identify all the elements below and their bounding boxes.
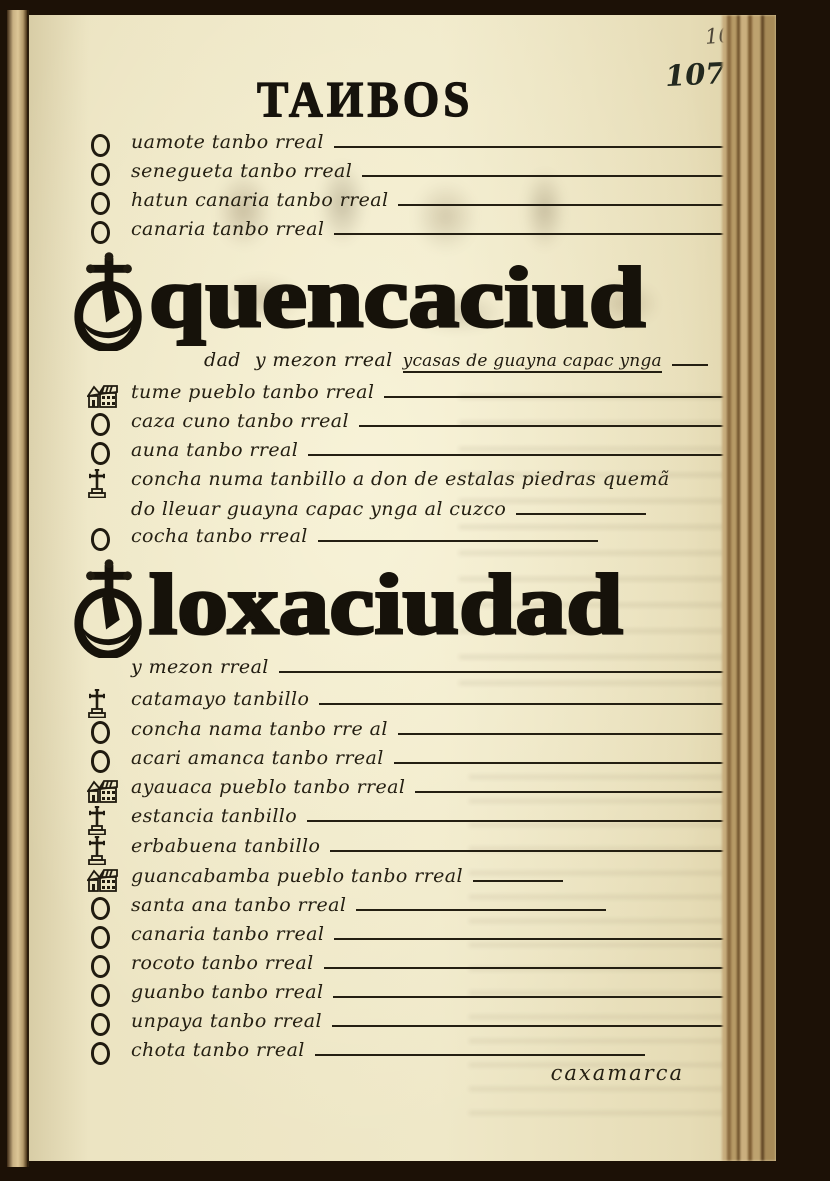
ruled-line bbox=[516, 513, 646, 515]
ruled-line bbox=[334, 233, 728, 235]
ruled-line bbox=[330, 850, 728, 852]
tanbillo-cross-icon bbox=[87, 468, 131, 498]
heading-quenca-ciudad: quencaciud bbox=[69, 249, 776, 349]
list-item: caza cuno tanbo rreal bbox=[87, 410, 742, 439]
pueblo-icon bbox=[87, 778, 131, 803]
tambo-circle-icon bbox=[87, 163, 131, 186]
ruled-line bbox=[319, 703, 728, 705]
ruled-line bbox=[394, 762, 728, 764]
book-page-stack-edge bbox=[722, 15, 776, 1161]
entry-text: guancabamba pueblo tanbo rreal bbox=[131, 865, 463, 887]
catchword-caxamarca: caxamarca bbox=[551, 1061, 684, 1085]
tambo-circle-icon bbox=[87, 750, 131, 773]
entry-text: hatun canaria tanbo rreal bbox=[131, 189, 388, 211]
entry-text: senegueta tanbo rreal bbox=[131, 160, 352, 182]
heading-loxa-subline: y mezon rreal bbox=[131, 656, 742, 684]
tambo-circle-icon bbox=[87, 721, 131, 744]
ruled-line bbox=[398, 733, 728, 735]
tambo-circle-icon bbox=[87, 897, 131, 920]
ruled-line bbox=[307, 820, 728, 822]
ruled-line bbox=[334, 146, 728, 148]
list-item: canaria tanbo rreal bbox=[87, 218, 742, 247]
tambo-circle-icon bbox=[87, 413, 131, 436]
ruled-line bbox=[332, 1025, 728, 1027]
entry-text: do lleuar guayna capac ynga al cuzco bbox=[131, 498, 506, 520]
list-item-continuation: do lleuar guayna capac ynga al cuzco bbox=[87, 498, 742, 525]
entry-text: chota tanbo rreal bbox=[131, 1039, 305, 1061]
ruled-line bbox=[362, 175, 728, 177]
entry-text: tume pueblo tanbo rreal bbox=[131, 381, 374, 403]
tambo-circle-icon bbox=[87, 192, 131, 215]
entry-text: guanbo tanbo rreal bbox=[131, 981, 323, 1003]
entry-text: uamote tanbo rreal bbox=[131, 131, 324, 153]
ruled-line bbox=[356, 909, 606, 911]
list-item: concha numa tanbillo a don de estalas pi… bbox=[87, 468, 742, 498]
list-item: santa ana tanbo rreal bbox=[87, 894, 742, 923]
tambo-circle-icon bbox=[87, 442, 131, 465]
list-item: uamote tanbo rreal bbox=[87, 131, 742, 160]
ruled-line bbox=[359, 425, 728, 427]
ruled-line bbox=[324, 967, 728, 969]
tambo-circle-icon bbox=[87, 1042, 131, 1065]
tambo-list-loxa: catamayo tanbillo concha nama tanbo rre … bbox=[87, 688, 742, 1068]
entry-text: canaria tanbo rreal bbox=[131, 923, 324, 945]
city-orb-cross-icon bbox=[69, 251, 149, 355]
list-item: auna tanbo rreal bbox=[87, 439, 742, 468]
ruled-line bbox=[279, 671, 728, 673]
ruled-line bbox=[384, 396, 728, 398]
tambo-list-quenca: tume pueblo tanbo rreal caza cuno tanbo … bbox=[87, 381, 742, 554]
list-item: ayauaca pueblo tanbo rreal bbox=[87, 776, 742, 805]
entry-text: estancia tanbillo bbox=[131, 805, 297, 827]
pueblo-icon bbox=[87, 383, 131, 408]
tanbillo-cross-icon bbox=[87, 688, 131, 718]
entry-text: concha numa tanbillo a don de estalas pi… bbox=[131, 468, 670, 490]
list-item: estancia tanbillo bbox=[87, 805, 742, 835]
list-item: rocoto tanbo rreal bbox=[87, 952, 742, 981]
list-item: guanbo tanbo rreal bbox=[87, 981, 742, 1010]
ruled-line bbox=[398, 204, 728, 206]
list-item: tume pueblo tanbo rreal bbox=[87, 381, 742, 410]
entry-text: acari amanca tanbo rreal bbox=[131, 747, 384, 769]
tambo-circle-icon bbox=[87, 926, 131, 949]
ruled-line bbox=[334, 938, 728, 940]
ruled-line bbox=[315, 1054, 645, 1056]
list-item: cocha tanbo rreal bbox=[87, 525, 742, 554]
book-binding-edge bbox=[7, 10, 29, 1167]
entry-text: auna tanbo rreal bbox=[131, 439, 298, 461]
entry-text: santa ana tanbo rreal bbox=[131, 894, 346, 916]
ruled-line bbox=[415, 791, 728, 793]
entry-text: unpaya tanbo rreal bbox=[131, 1010, 322, 1032]
entry-text: ayauaca pueblo tanbo rreal bbox=[131, 776, 405, 798]
entry-text: catamayo tanbillo bbox=[131, 688, 309, 710]
ruled-line bbox=[333, 996, 728, 998]
tambo-circle-icon bbox=[87, 984, 131, 1007]
entry-text: erbabuena tanbillo bbox=[131, 835, 320, 857]
tanbillo-cross-icon bbox=[87, 835, 131, 865]
list-item: concha nama tanbo rre al bbox=[87, 718, 742, 747]
tambo-circle-icon bbox=[87, 1013, 131, 1036]
list-item: canaria tanbo rreal bbox=[87, 923, 742, 952]
list-item: catamayo tanbillo bbox=[87, 688, 742, 718]
heading-loxa-ciudad: loxaciudad bbox=[69, 556, 776, 656]
entry-text: rocoto tanbo rreal bbox=[131, 952, 314, 974]
city-orb-cross-icon bbox=[69, 558, 149, 662]
city-name-large: quencaciud bbox=[149, 249, 645, 345]
tambo-circle-icon bbox=[87, 955, 131, 978]
list-item: senegueta tanbo rreal bbox=[87, 160, 742, 189]
tambo-circle-icon bbox=[87, 528, 131, 551]
tambo-list-top: uamote tanbo rreal senegueta tanbo rreal… bbox=[87, 131, 742, 247]
ruled-line bbox=[318, 540, 598, 542]
ruled-line bbox=[672, 364, 708, 366]
manuscript-page: O O O O O O O O O O 1096 1076 TAИBOS uam… bbox=[29, 15, 776, 1161]
list-item: erbabuena tanbillo bbox=[87, 835, 742, 865]
heading-quenca-subline: dad y mezon rreal ycasas de guayna capac… bbox=[204, 349, 742, 377]
subline-text: dad bbox=[204, 349, 241, 371]
tambo-circle-icon bbox=[87, 221, 131, 244]
ruled-line bbox=[308, 454, 728, 456]
entry-text: canaria tanbo rreal bbox=[131, 218, 324, 240]
subline-text: y mezon rreal bbox=[255, 349, 393, 371]
pueblo-icon bbox=[87, 867, 131, 892]
list-item: unpaya tanbo rreal bbox=[87, 1010, 742, 1039]
subline-text: y mezon rreal bbox=[131, 656, 269, 678]
list-item: guancabamba pueblo tanbo rreal bbox=[87, 865, 742, 894]
subline-underlined-text: ycasas de guayna capac ynga bbox=[403, 351, 662, 373]
tanbillo-cross-icon bbox=[87, 805, 131, 835]
list-item: hatun canaria tanbo rreal bbox=[87, 189, 742, 218]
entry-text: concha nama tanbo rre al bbox=[131, 718, 388, 740]
tambo-circle-icon bbox=[87, 134, 131, 157]
list-item: acari amanca tanbo rreal bbox=[87, 747, 742, 776]
ruled-line bbox=[473, 880, 563, 882]
entry-text: cocha tanbo rreal bbox=[131, 525, 308, 547]
city-name-large: loxaciudad bbox=[149, 556, 623, 652]
page-title: TAИBOS bbox=[257, 71, 776, 129]
entry-text: caza cuno tanbo rreal bbox=[131, 410, 349, 432]
